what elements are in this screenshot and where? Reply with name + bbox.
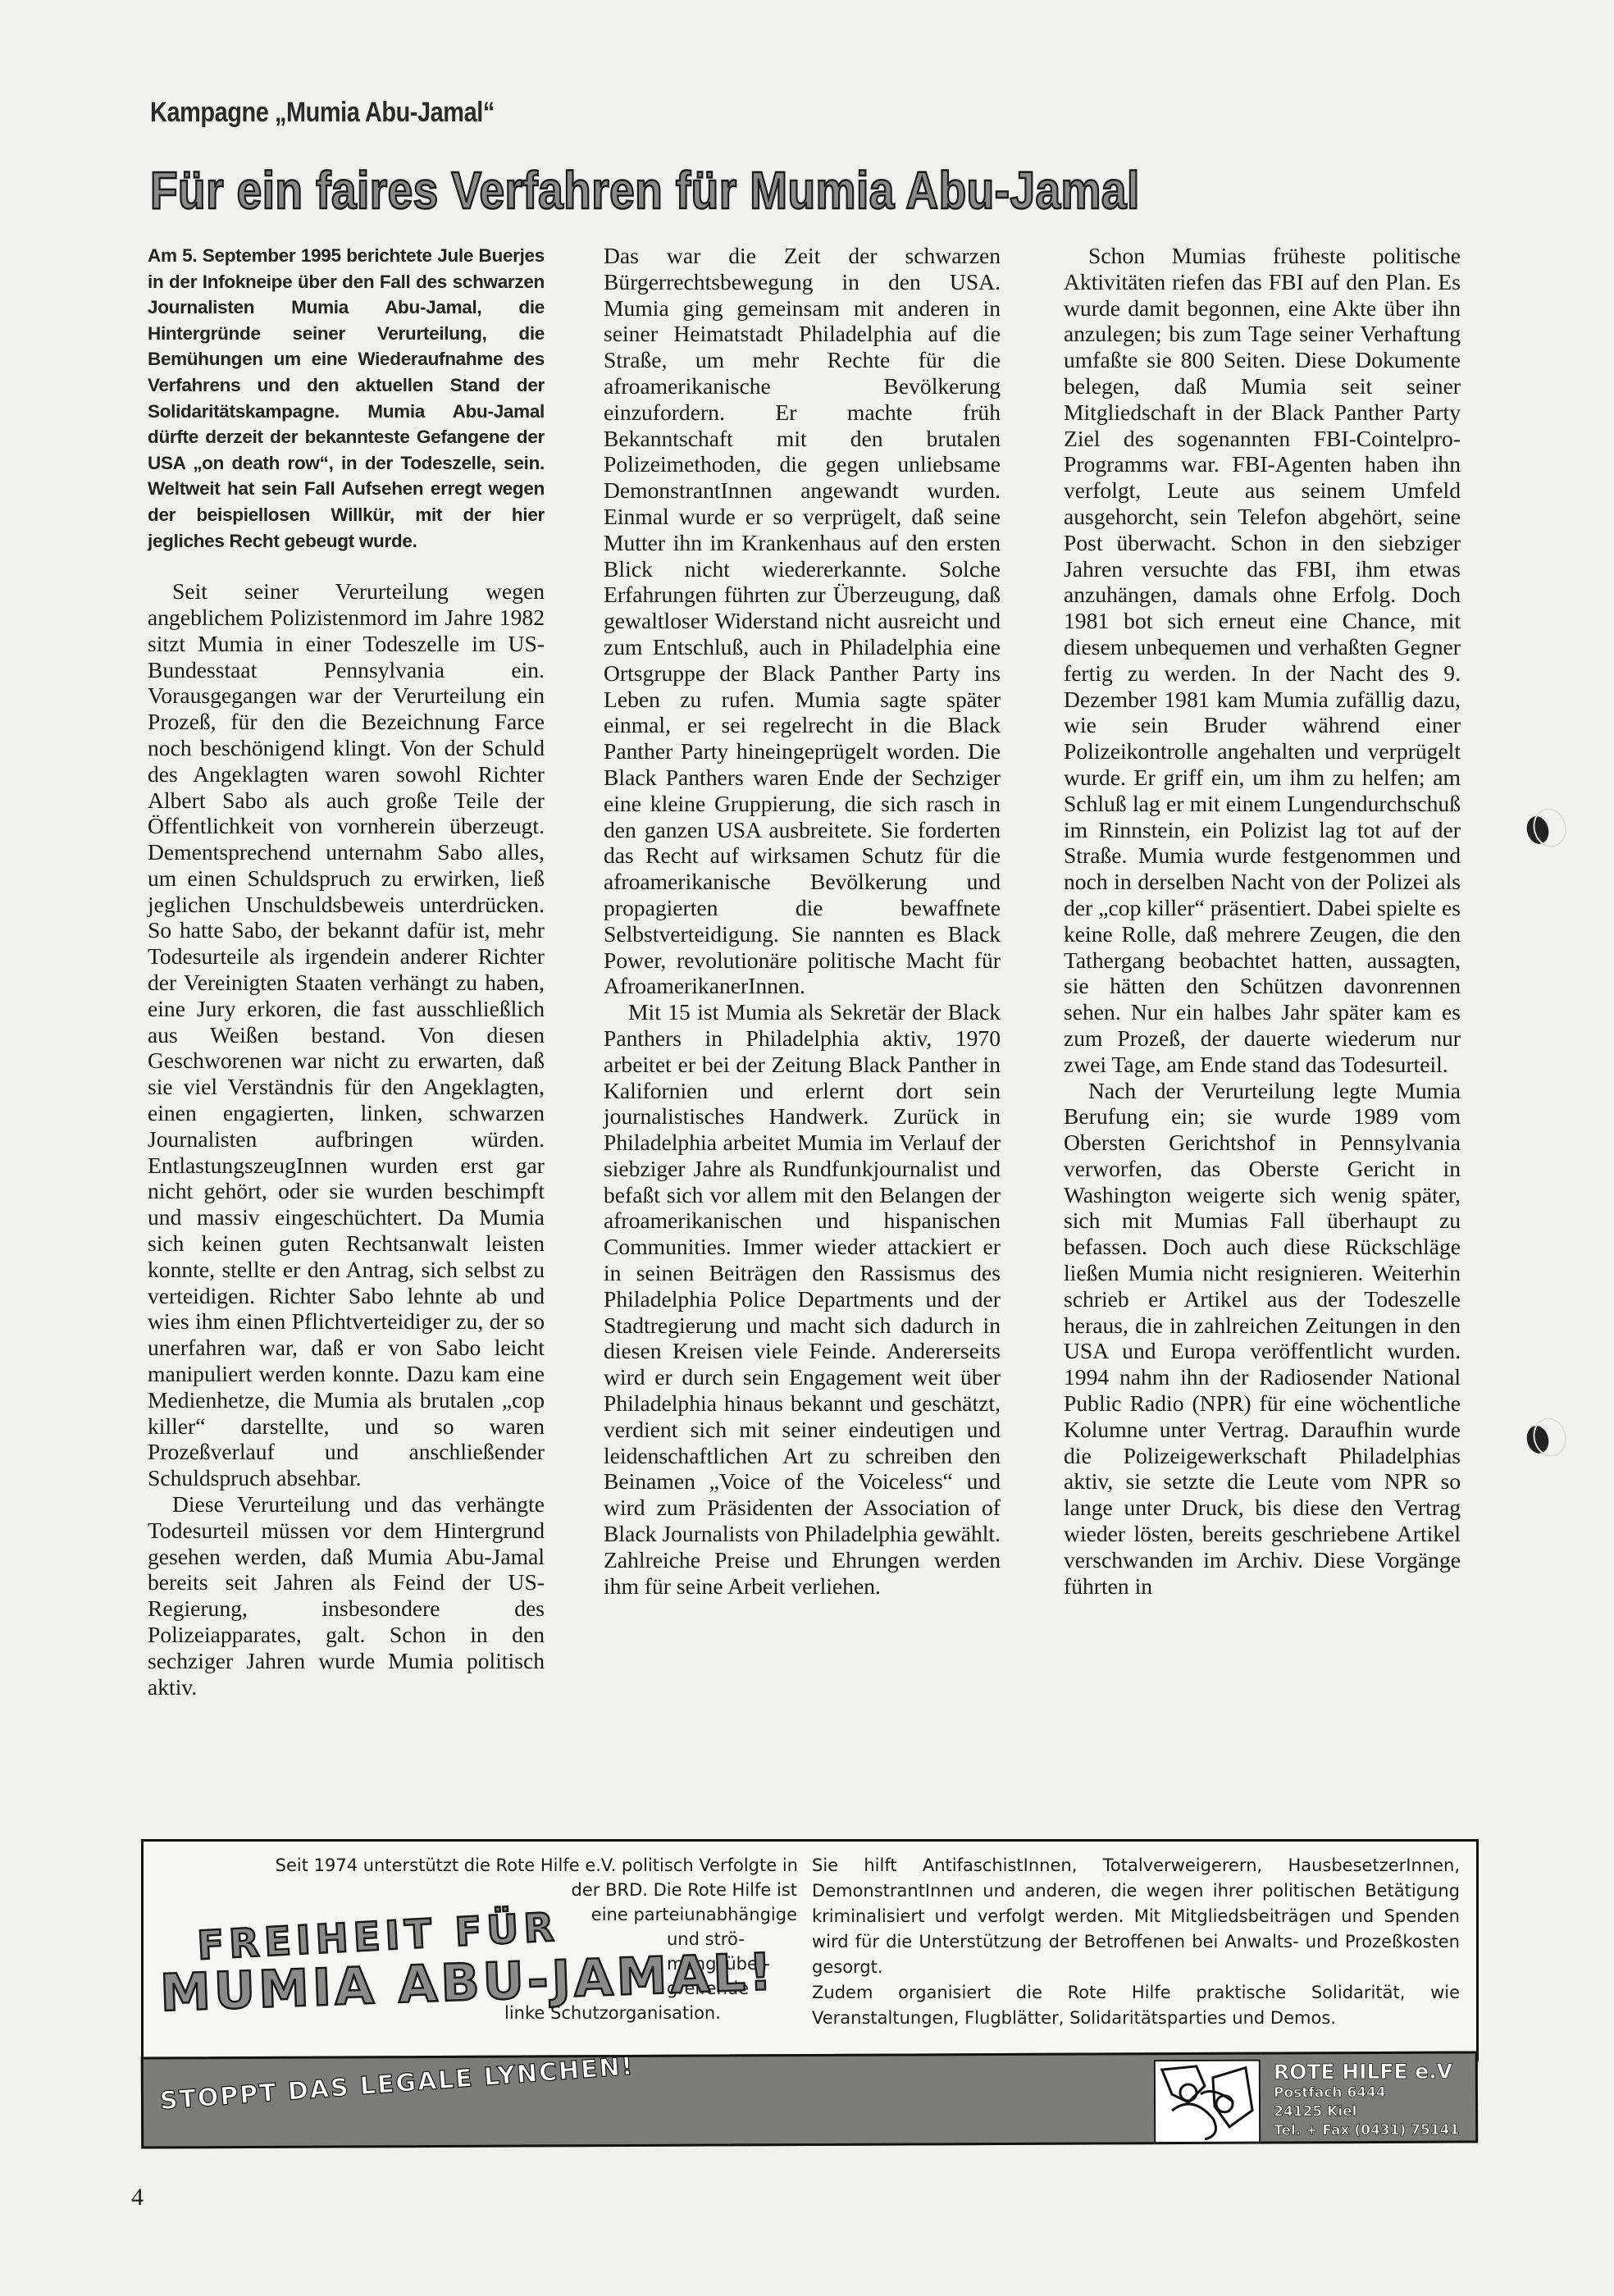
- paragraph: Das war die Zeit der schwarzen Bürgerrec…: [604, 243, 1001, 999]
- paragraph: Diese Verurteilung und das verhängte Tod…: [148, 1491, 545, 1700]
- slogan-banner: STOPPT DAS LEGALE LYNCHEN! ROTE HILFE e.…: [141, 2051, 1478, 2148]
- org-city: 24125 Kiel: [1274, 2102, 1459, 2122]
- section-kicker: Kampagne „Mumia Abu-Jamal“: [150, 97, 495, 129]
- article-lead: Am 5. September 1995 berichtete Jule Bue…: [148, 243, 545, 554]
- punch-hole-icon: [1524, 1423, 1552, 1456]
- fists-logo-icon: [1154, 2060, 1261, 2144]
- article-column-2: Das war die Zeit der schwarzen Bürgerrec…: [604, 243, 1001, 1599]
- rote-hilfe-contact: ROTE HILFE e.V Postfach 6444 24125 Kiel …: [1274, 2061, 1460, 2141]
- article-column-1: Am 5. September 1995 berichtete Jule Bue…: [148, 243, 545, 1700]
- rote-hilfe-advertisement: Seit 1974 unterstützt die Rote Hilfe e.V…: [141, 1839, 1479, 2061]
- article-column-3: Schon Mumias früheste politische Aktivit…: [1064, 243, 1461, 1599]
- org-phone: Tel. + Fax (0431) 75141: [1274, 2121, 1459, 2141]
- ad-description: Sie hilft AntifaschistInnen, Totalverwei…: [812, 1853, 1460, 2031]
- paragraph: Schon Mumias früheste politische Aktivit…: [1064, 243, 1461, 1078]
- paragraph: Mit 15 ist Mumia als Sekretär der Black …: [604, 999, 1001, 1599]
- org-postfach: Postfach 6444: [1274, 2084, 1459, 2103]
- ad-description-text-2: Zudem organisiert die Rote Hilfe praktis…: [812, 1980, 1460, 2031]
- punch-hole-icon: [1524, 814, 1552, 847]
- ad-description-text: Sie hilft AntifaschistInnen, Totalverwei…: [812, 1853, 1460, 1980]
- banner-slogan: STOPPT DAS LEGALE LYNCHEN!: [159, 2052, 636, 2116]
- article-headline: Für ein faires Verfahren für Mumia Abu-J…: [150, 160, 1140, 221]
- handwritten-slogan: FREIHEIT FÜR MUMIA ABU-JAMAL!: [160, 1911, 775, 2008]
- paragraph: Seit seiner Verurteilung wegen angeblich…: [148, 578, 545, 1491]
- page-number: 4: [131, 2184, 144, 2212]
- ad-intro-line: Seit 1974 unterstützt die Rote Hilfe e.V…: [158, 1853, 798, 1878]
- org-name: ROTE HILFE e.V: [1274, 2061, 1459, 2084]
- paragraph: Nach der Verurteilung legte Mumia Berufu…: [1064, 1078, 1461, 1600]
